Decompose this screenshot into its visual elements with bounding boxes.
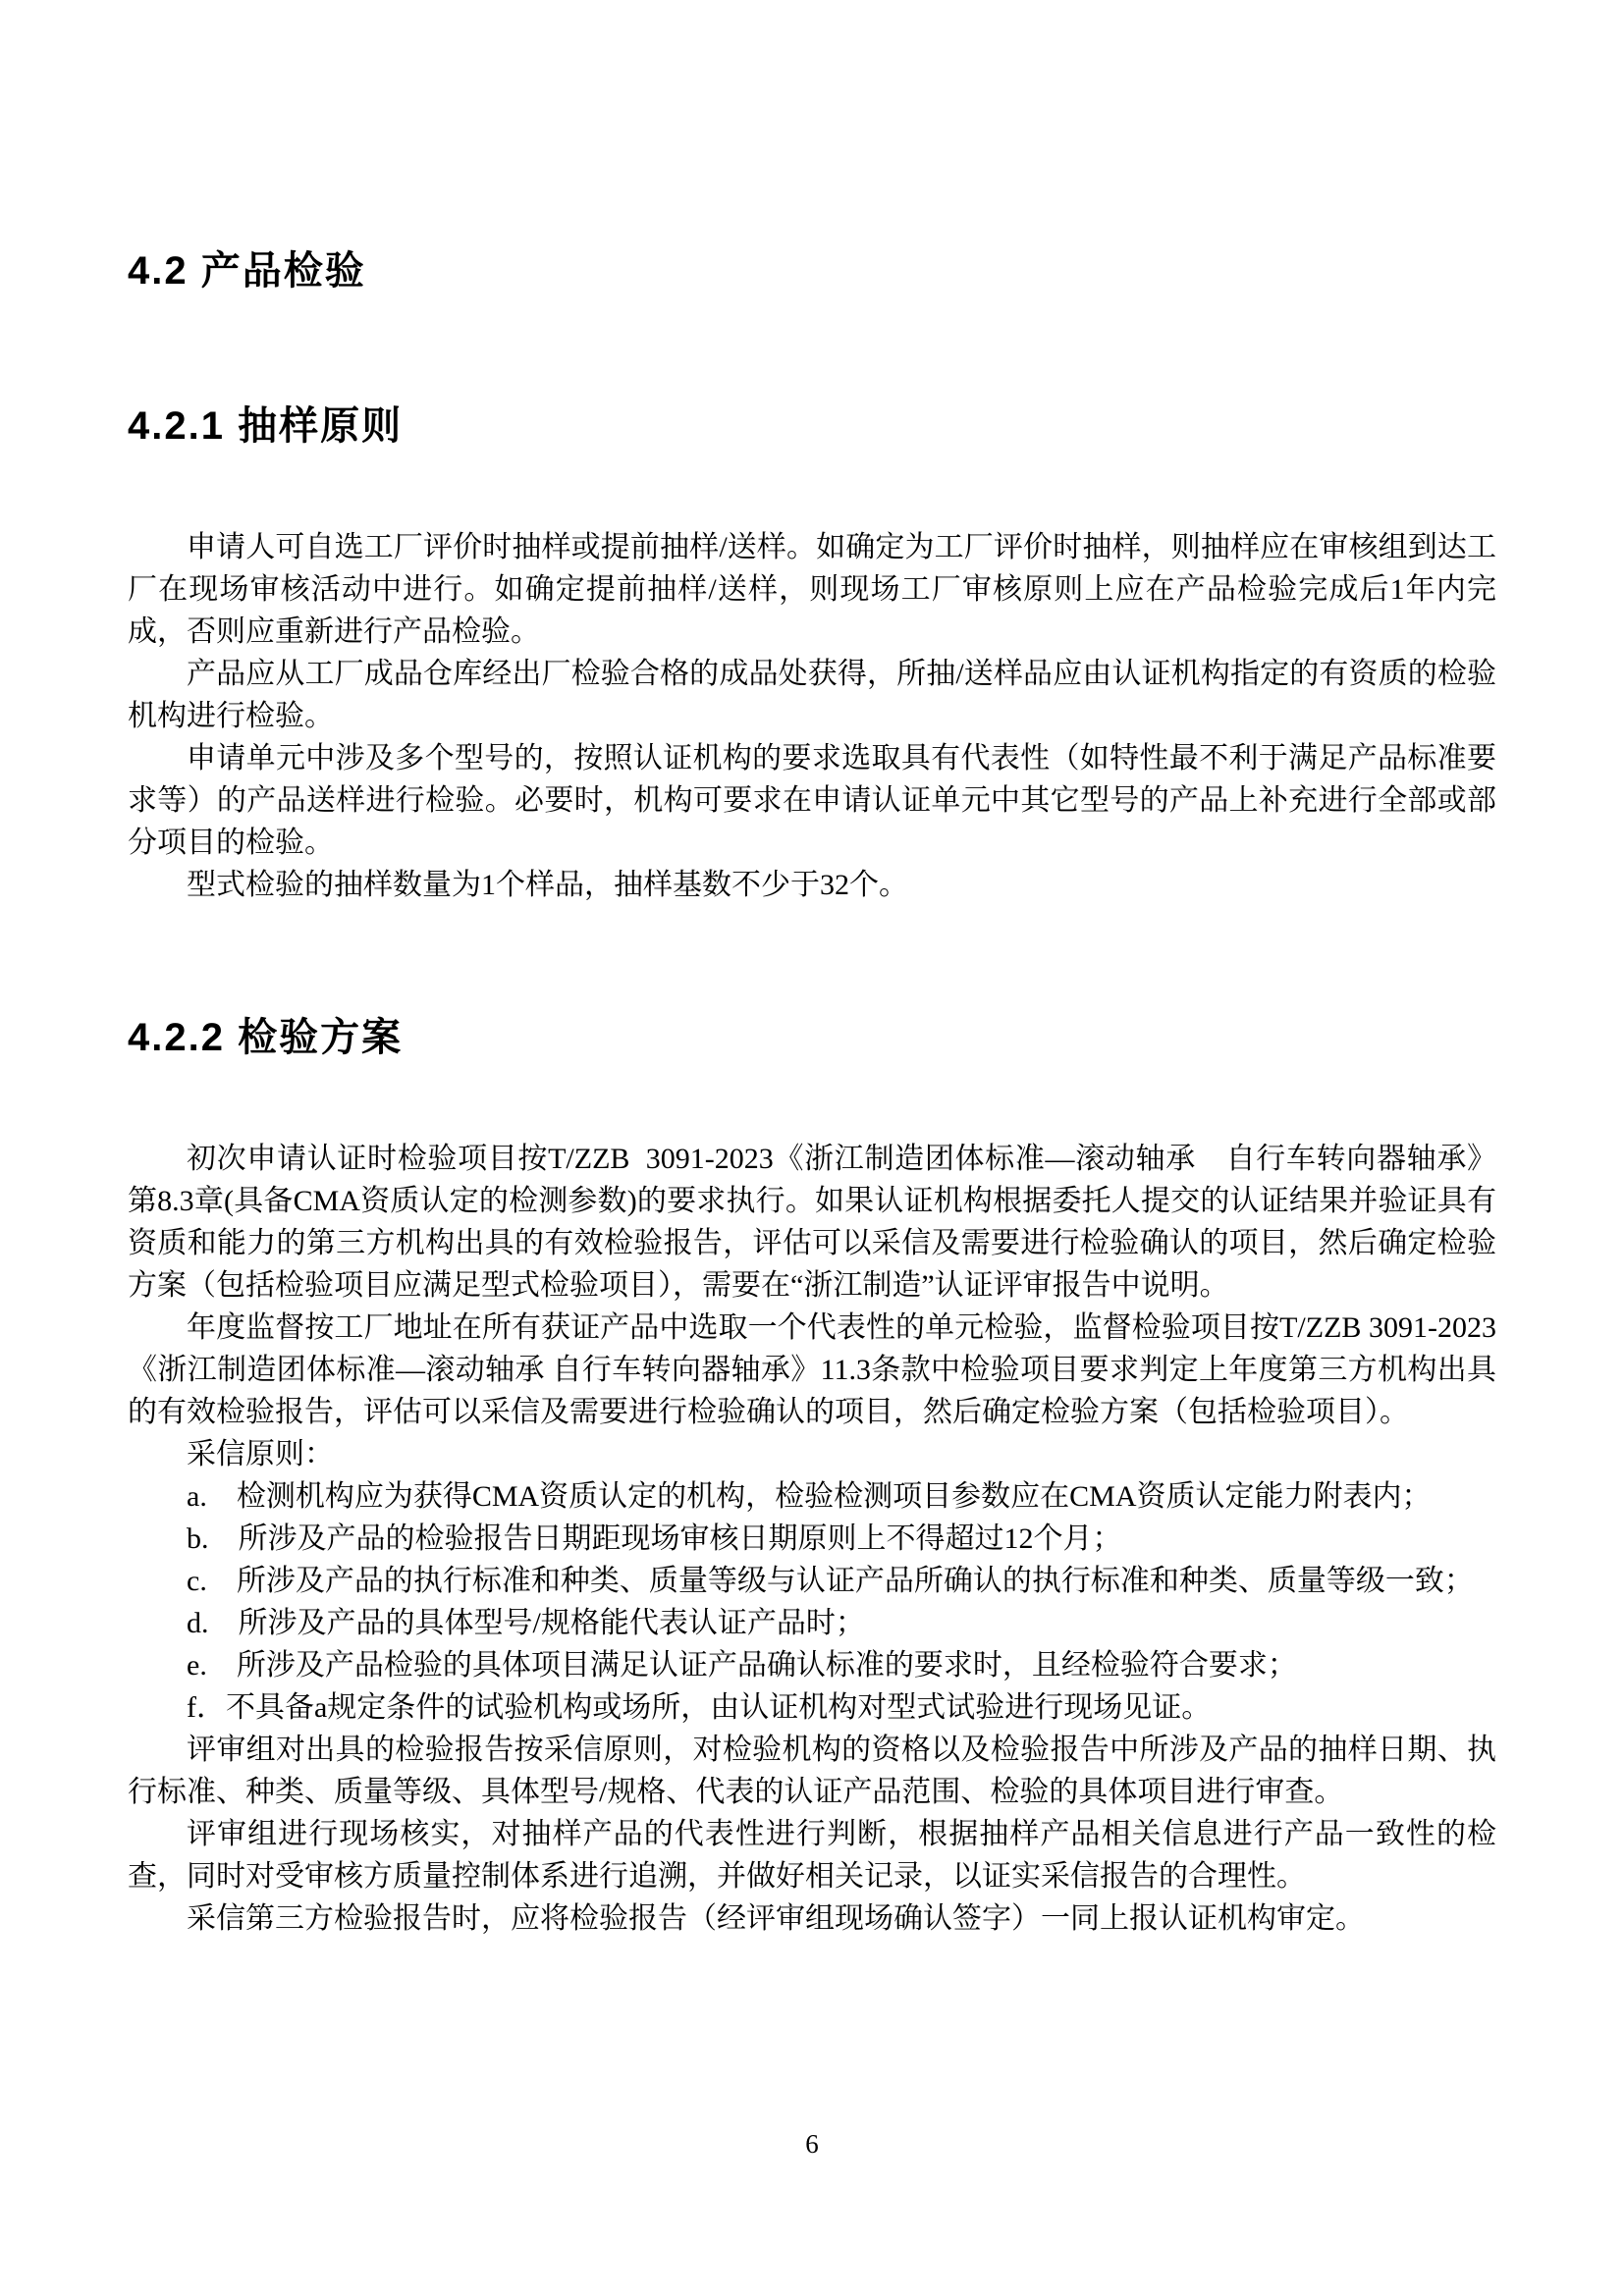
paragraph-item-b: b. 所涉及产品的检验报告日期距现场审核日期原则上不得超过12个月； — [128, 1518, 1496, 1560]
paragraph-sampling-timing: 申请人可自选工厂评价时抽样或提前抽样/送样。如确定为工厂评价时抽样，则抽样应在审… — [128, 526, 1496, 653]
heading-4-2-product-inspection: 4.2 产品检验 — [128, 247, 1496, 294]
heading-4-2-2-inspection-plan: 4.2.2 检验方案 — [128, 1014, 1496, 1061]
paragraph-sample-quantity: 型式检验的抽样数量为1个样品，抽样基数不少于32个。 — [128, 864, 1496, 906]
paragraph-item-d: d. 所涉及产品的具体型号/规格能代表认证产品时； — [128, 1602, 1496, 1644]
paragraph-annual-supervision: 年度监督按工厂地址在所有获证产品中选取一个代表性的单元检验，监督检验项目按T/Z… — [128, 1307, 1496, 1433]
paragraph-sample-source: 产品应从工厂成品仓库经出厂检验合格的成品处获得，所抽/送样品应由认证机构指定的有… — [128, 653, 1496, 737]
paragraph-report-review: 评审组对出具的检验报告按采信原则，对检验机构的资格以及检验报告中所涉及产品的抽样… — [128, 1729, 1496, 1813]
paragraph-item-c: c. 所涉及产品的执行标准和种类、质量等级与认证产品所确认的执行标准和种类、质量… — [128, 1560, 1496, 1602]
page-number: 6 — [0, 2128, 1624, 2160]
paragraph-multiple-models: 申请单元中涉及多个型号的，按照认证机构的要求选取具有代表性（如特性最不利于满足产… — [128, 737, 1496, 864]
heading-4-2-1-sampling-principles: 4.2.1 抽样原则 — [128, 402, 1496, 450]
paragraph-item-e: e. 所涉及产品检验的具体项目满足认证产品确认标准的要求时，且经检验符合要求； — [128, 1644, 1496, 1686]
paragraph-acceptance-principles-title: 采信原则： — [128, 1433, 1496, 1475]
document-page: 4.2 产品检验4.2.1 抽样原则申请人可自选工厂评价时抽样或提前抽样/送样。… — [0, 0, 1624, 2296]
document-body: 4.2 产品检验4.2.1 抽样原则申请人可自选工厂评价时抽样或提前抽样/送样。… — [128, 247, 1496, 1940]
paragraph-initial-application: 初次申请认证时检验项目按T/ZZB 3091-2023《浙江制造团体标准—滚动轴… — [128, 1138, 1496, 1307]
paragraph-onsite-verification: 评审组进行现场核实，对抽样产品的代表性进行判断，根据抽样产品相关信息进行产品一致… — [128, 1813, 1496, 1897]
paragraph-item-a: a. 检测机构应为获得CMA资质认定的机构，检验检测项目参数应在CMA资质认定能… — [128, 1475, 1496, 1518]
paragraph-report-submission: 采信第三方检验报告时，应将检验报告（经评审组现场确认签字）一同上报认证机构审定。 — [128, 1897, 1496, 1940]
paragraph-item-f: f．不具备a规定条件的试验机构或场所，由认证机构对型式试验进行现场见证。 — [128, 1686, 1496, 1729]
